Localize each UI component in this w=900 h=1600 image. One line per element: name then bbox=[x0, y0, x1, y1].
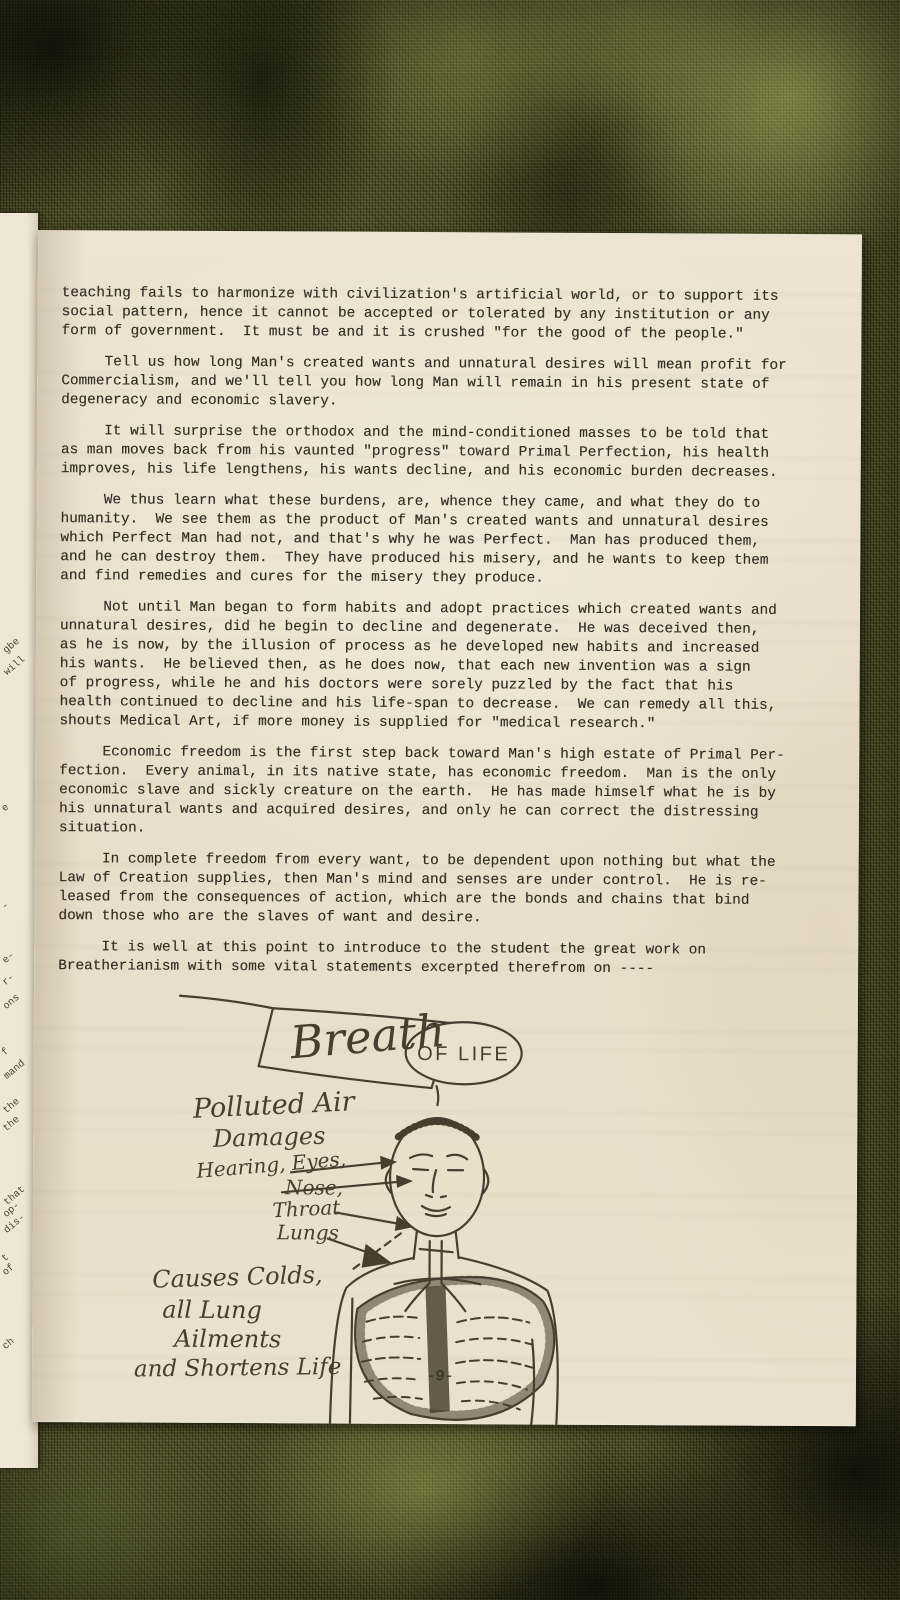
edge-text-fragment: mand bbox=[2, 1059, 27, 1083]
paragraph: Tell us how long Man's created wants and… bbox=[61, 353, 841, 414]
nose-line bbox=[426, 1170, 446, 1197]
paragraph: We thus learn what these burdens, are, w… bbox=[60, 491, 840, 590]
paragraph: In complete freedom from every want, to … bbox=[58, 850, 838, 930]
oval-label: OF LIFE bbox=[417, 1043, 510, 1065]
eyebrow-left bbox=[410, 1154, 432, 1158]
paragraph: Economic freedom is the first step back … bbox=[59, 743, 839, 842]
edge-text-fragment: ch bbox=[1, 1336, 17, 1352]
edge-text-fragment: the bbox=[2, 1114, 23, 1134]
photo-scene: gbewille-e-r-onsfmandthethethatop-dis-to… bbox=[0, 0, 900, 1600]
label-causes-colds: Causes Colds, bbox=[152, 1261, 323, 1294]
eyebrow-right bbox=[447, 1155, 467, 1160]
label-damages: Damages bbox=[212, 1122, 326, 1153]
handwritten-labels: Breath OF LIFE Polluted Air Damages Hear… bbox=[134, 1002, 511, 1384]
label-shortens-life: and Shortens Life bbox=[134, 1354, 342, 1383]
paragraph: Not until Man began to form habits and a… bbox=[59, 598, 840, 735]
mouth bbox=[422, 1206, 450, 1216]
label-ailments: Ailments bbox=[172, 1325, 281, 1354]
eye-left bbox=[413, 1169, 428, 1170]
edge-text-fragment: the bbox=[2, 1096, 23, 1116]
label-lungs: Lungs bbox=[276, 1220, 339, 1244]
banner-pointer-line bbox=[180, 996, 273, 1008]
label-throat: Throat bbox=[272, 1195, 342, 1222]
edge-text-fragment: e- bbox=[1, 950, 17, 966]
edge-text-fragment: e bbox=[0, 802, 12, 814]
trachea bbox=[429, 1241, 441, 1283]
label-polluted-air: Polluted Air bbox=[191, 1086, 357, 1125]
edge-text-fragment: will bbox=[2, 655, 27, 679]
page-number: -9- bbox=[404, 1368, 476, 1385]
breath-of-life-illustration: Breath OF LIFE Polluted Air Damages Hear… bbox=[94, 985, 656, 1426]
document-page: teaching fails to harmonize with civiliz… bbox=[32, 230, 862, 1426]
arrow-throat bbox=[336, 1213, 400, 1224]
edge-text-fragment: f bbox=[0, 1046, 12, 1058]
edge-text-fragment: gbe bbox=[2, 636, 23, 656]
edge-text-fragment: r- bbox=[1, 972, 17, 988]
hair bbox=[398, 1121, 476, 1137]
ribcage-stipple-ring bbox=[360, 1280, 550, 1416]
torso-line-left bbox=[350, 1299, 353, 1427]
paragraph: teaching fails to harmonize with civiliz… bbox=[61, 284, 841, 345]
typed-text-block: teaching fails to harmonize with civiliz… bbox=[58, 284, 842, 992]
paragraph: It will surprise the orthodox and the mi… bbox=[61, 422, 841, 483]
edge-text-fragment: of bbox=[1, 1262, 17, 1278]
oval-to-head-connector bbox=[436, 1086, 438, 1105]
label-all-lung: all Lung bbox=[162, 1296, 262, 1325]
sternum-shading bbox=[425, 1285, 451, 1413]
paragraph: It is well at this point to introduce to… bbox=[58, 938, 838, 980]
edge-text-fragment: - bbox=[0, 900, 12, 912]
edge-text-fragment: ons bbox=[2, 992, 23, 1012]
hand-drawn-sketch: Breath OF LIFE Polluted Air Damages Hear… bbox=[94, 985, 656, 1426]
